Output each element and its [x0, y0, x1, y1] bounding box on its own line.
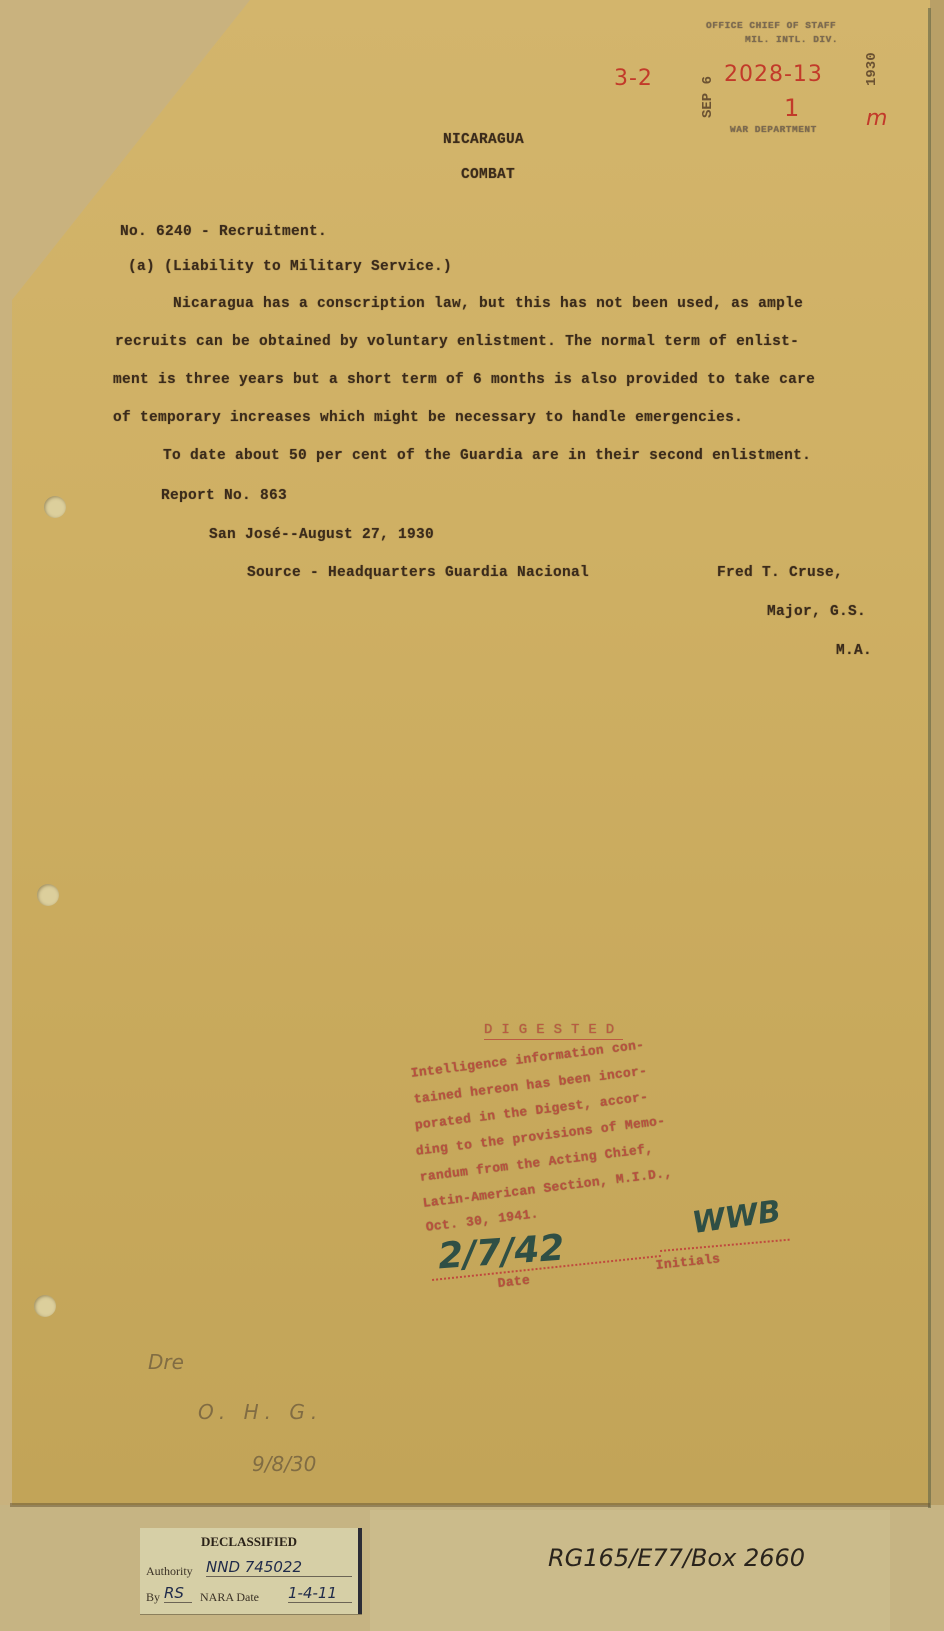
- declassified-title: DECLASSIFIED: [140, 1534, 358, 1550]
- file-initial: m: [866, 106, 888, 131]
- office-stamp-line3: WAR DEPARTMENT: [730, 124, 817, 135]
- body-line: of temporary increases which might be ne…: [113, 410, 743, 426]
- punch-hole: [37, 884, 59, 906]
- authority-label: Authority: [146, 1564, 193, 1579]
- date-stamp-month-day: SEP 6: [700, 76, 716, 118]
- pencil-note-line3: 9/8/30: [252, 1452, 316, 1476]
- report-number: Report No. 863: [161, 488, 287, 504]
- body-line: recruits can be obtained by voluntary en…: [115, 334, 799, 350]
- item-subheading: (a) (Liability to Military Service.): [128, 259, 452, 275]
- archive-reference: RG165/E77/Box 2660: [548, 1544, 805, 1572]
- by-label: By: [146, 1590, 160, 1605]
- declassified-stamp: DECLASSIFIED Authority NND 745022 By RS …: [140, 1528, 362, 1614]
- file-number-sub: 1: [784, 94, 800, 122]
- category-heading: COMBAT: [461, 167, 515, 183]
- by-value: RS: [164, 1584, 192, 1603]
- signature-name: Fred T. Cruse,: [717, 565, 843, 581]
- country-heading: NICARAGUA: [443, 132, 524, 148]
- source-line: Source - Headquarters Guardia Nacional: [247, 565, 589, 581]
- body-line: ment is three years but a short term of …: [113, 372, 815, 388]
- item-heading: No. 6240 - Recruitment.: [120, 224, 327, 240]
- file-number-main: 2028-13: [724, 62, 823, 87]
- digested-stamp-title: DIGESTED: [484, 1022, 623, 1040]
- page-edge-line: [928, 8, 931, 1508]
- punch-hole: [34, 1295, 56, 1317]
- signature-title: M.A.: [836, 643, 872, 659]
- nara-date-label: NARA Date: [200, 1590, 259, 1605]
- punch-hole: [44, 496, 66, 518]
- file-number-left: 3-2: [614, 66, 653, 91]
- signature-rank: Major, G.S.: [767, 604, 866, 620]
- date-stamp-year: 1930: [864, 52, 880, 86]
- body-line: To date about 50 per cent of the Guardia…: [163, 448, 811, 464]
- office-stamp-line2: MIL. INTL. DIV.: [745, 34, 838, 45]
- office-stamp-line1: OFFICE CHIEF OF STAFF: [706, 20, 836, 31]
- page-bottom-shadow: [10, 1503, 930, 1507]
- pencil-note-line2: O. H. G.: [198, 1400, 323, 1424]
- body-line: Nicaragua has a conscription law, but th…: [173, 296, 803, 312]
- digested-date-handwritten: 2/7/42: [437, 1228, 566, 1278]
- pencil-note-line1: Dre: [148, 1350, 184, 1374]
- nara-date-value: 1-4-11: [288, 1584, 352, 1603]
- place-date: San José--August 27, 1930: [209, 527, 434, 543]
- authority-value: NND 745022: [206, 1558, 352, 1577]
